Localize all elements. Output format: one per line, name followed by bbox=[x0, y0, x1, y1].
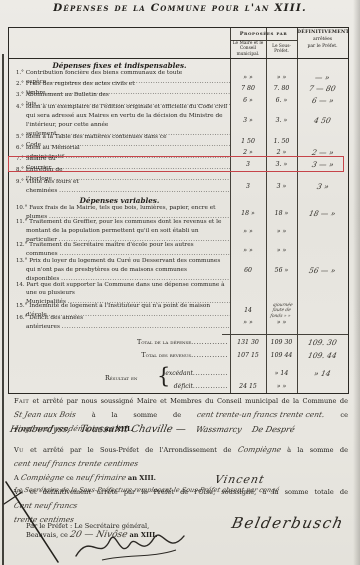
totals-block: Total de la dépense 131 30 109 30 109. 3… bbox=[9, 336, 348, 362]
resultat-caption: Résultat en bbox=[105, 374, 137, 382]
total-depense-row: Total de la dépense 131 30 109 30 109. 3… bbox=[9, 336, 348, 349]
scan-shadow-right bbox=[353, 0, 360, 565]
pen-stroke-mark bbox=[0, 478, 70, 565]
page-title: Dépenses de la Commune pour l'an XIII. bbox=[0, 2, 360, 14]
resultat-excedant-row: excédant » 14 » 14 bbox=[9, 367, 348, 380]
table-row: 16.° Déficit des années antérieures » »»… bbox=[9, 317, 348, 329]
resultat-block: Résultat en { excédant » 14 » 14 déficit… bbox=[9, 367, 348, 393]
table-row: 13.° Prix du loyer du logement du Curé o… bbox=[9, 258, 348, 283]
budget-table: Proposées par Le Maire et le Conseil mun… bbox=[8, 27, 349, 394]
header-col-maire: Le Maire et le Conseil municipal. bbox=[230, 40, 266, 58]
header-col-sous-prefet: Le Sous-Préfet. bbox=[266, 40, 297, 58]
table-row: 12.° Traitement du Secrétaire maître d'é… bbox=[9, 243, 348, 258]
table-row: 4.° Idem à un exemplaire de l'édition or… bbox=[9, 106, 348, 136]
total-revenus-row: Total des revenus 107 15 109 44 109. 44 bbox=[9, 349, 348, 362]
table-header: Proposées par Le Maire et le Conseil mun… bbox=[9, 28, 348, 59]
sous-prefecture-signature: Vincent bbox=[214, 473, 266, 486]
header-col-prefet: DÉFINITIVEMENT arrêtées par le Préfet. bbox=[297, 30, 348, 58]
resultat-deficit-row: déficit 24 15 » » bbox=[9, 380, 348, 393]
table-row: 11.° Traitement du Greffier, pour les co… bbox=[9, 220, 348, 243]
secretaire-general-signature-scribble bbox=[72, 528, 192, 564]
scanned-document-page: { "title": "Dépenses de la Commune pour … bbox=[0, 0, 360, 565]
table-row: 9.° Visite des fours et cheminées 33 »3 … bbox=[9, 181, 348, 193]
council-signatures: Homberdyss, Toussaint Chaville — Wassmar… bbox=[10, 424, 350, 435]
table-row-highlighted-salaire-du-courrier: 7.° Salaire du Courrier 33. »3 — » bbox=[9, 158, 348, 169]
prefet-signature: Belderbusch bbox=[230, 514, 346, 532]
brace-glyph: { bbox=[157, 364, 170, 388]
table-body: Dépenses fixes et indispensables. 1.° Co… bbox=[9, 58, 348, 393]
